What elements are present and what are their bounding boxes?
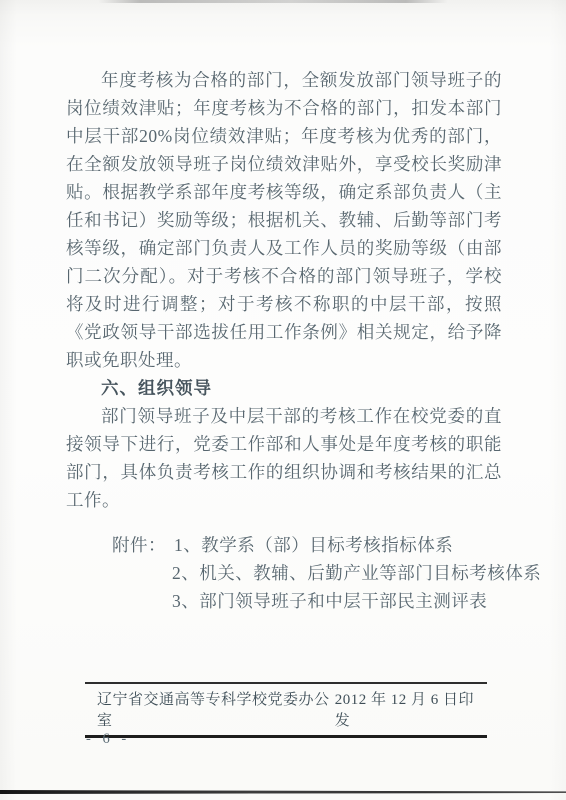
attachment-item-2: 2、机关、教辅、后勤产业等部门目标考核体系 [172,559,502,587]
attachment-item-1: 1、教学系（部）目标考核指标体系 [174,535,453,555]
scanned-document-page: 年度考核为合格的部门，全额发放部门领导班子的岗位绩效津贴；年度考核为不合格的部门… [0,0,566,800]
body-paragraph-2: 部门领导班子及中层干部的考核工作在校党委的直接领导下进行，党委工作部和人事处是年… [66,402,502,514]
attachments-label: 附件： [112,535,166,555]
attachment-item-3: 3、部门领导班子和中层干部民主测评表 [172,587,502,615]
footer-print-date: 2012 年 12 月 6 日印发 [335,688,483,730]
colophon-rule-box: 辽宁省交通高等专科学校党委办公室 2012 年 12 月 6 日印发 [85,682,487,738]
attachments-block: 附件：1、教学系（部）目标考核指标体系 2、机关、教辅、后勤产业等部门目标考核体… [66,531,502,615]
section-heading: 六、组织领导 [66,374,502,402]
page-number: - 6 - [86,731,130,748]
attachments-first-line: 附件：1、教学系（部）目标考核指标体系 [112,531,502,559]
document-body: 年度考核为合格的部门，全额发放部门领导班子的岗位绩效津贴；年度考核为不合格的部门… [66,66,502,615]
footer-issuer: 辽宁省交通高等专科学校党委办公室 [97,688,335,730]
body-paragraph-1: 年度考核为合格的部门，全额发放部门领导班子的岗位绩效津贴；年度考核为不合格的部门… [66,66,502,374]
scan-top-edge-artifact [98,0,448,3]
scan-bottom-edge-artifact [0,790,566,794]
